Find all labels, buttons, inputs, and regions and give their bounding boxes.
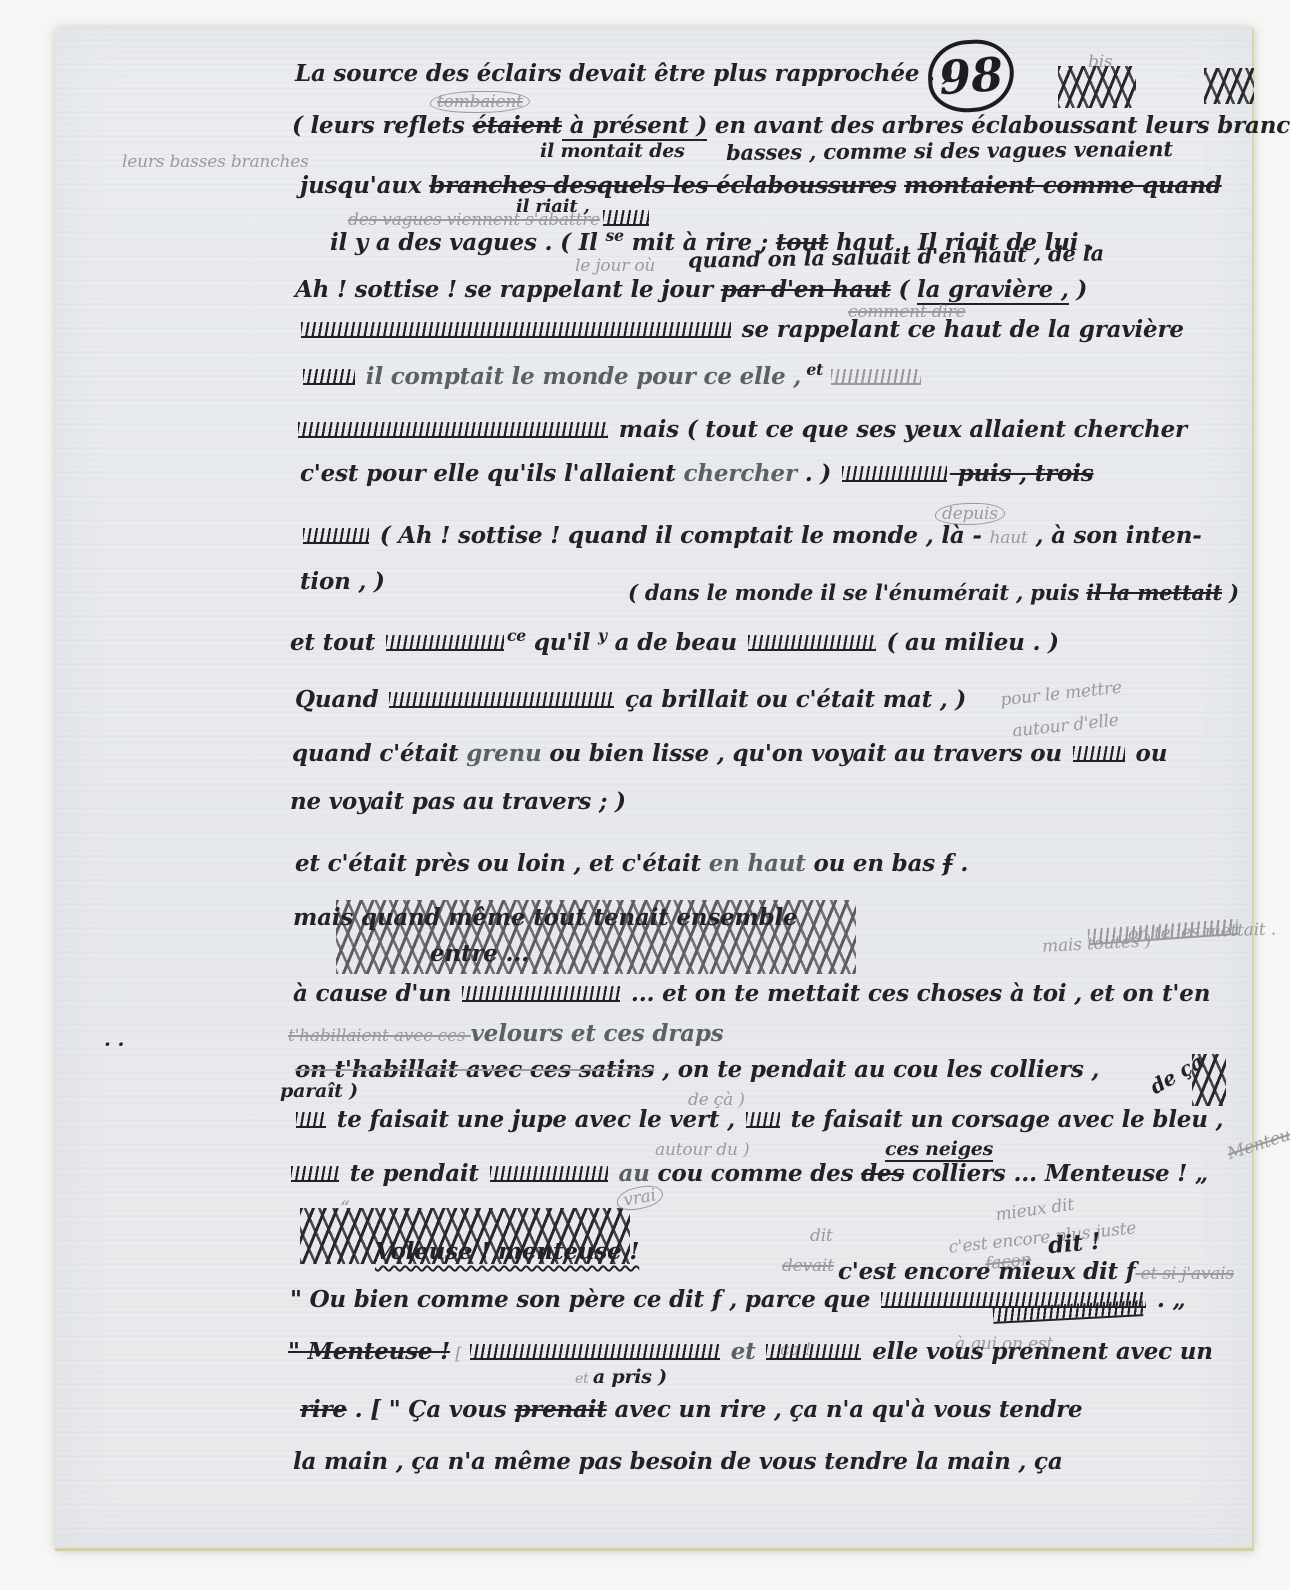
text-segment: ,	[719, 1106, 742, 1133]
text-segment: a de beau	[607, 629, 745, 656]
manuscript-line: se rappelant ce haut de la gravière	[298, 318, 1184, 342]
manuscript-line: t'habillaient avec ces velours et ces dr…	[288, 1022, 723, 1046]
text-segment: basses , comme si des vagues venaient	[726, 136, 1173, 165]
manuscript-line: c'est pour elle qu'ils l'allaient cherch…	[300, 462, 1094, 486]
text-segment: chercher	[684, 460, 797, 487]
manuscript-line: tombaient	[430, 88, 530, 112]
manuscript-line: et tout ce qu'il y a de beau ( au milieu…	[290, 628, 1059, 655]
text-segment: à cause d'un	[293, 980, 459, 1007]
manuscript-line: on te les mettait .	[1128, 915, 1277, 944]
text-segment: mais ( tout ce que ses yeux allaient che…	[611, 416, 1187, 443]
manuscript-line: paraît )	[280, 1082, 358, 1102]
text-segment	[896, 172, 904, 199]
text-segment: tombaient	[430, 91, 530, 113]
text-segment: )	[1222, 580, 1239, 605]
manuscript-line: ( Ah ! sottise ! quand il comptait le mo…	[300, 524, 1202, 548]
text-segment: · ·	[104, 1032, 124, 1056]
scribbled-out-text	[291, 1166, 339, 1182]
text-segment: il riait ,	[516, 196, 590, 217]
text-segment: ces neiges	[885, 1138, 993, 1162]
text-segment: Voleuse ! menteuse !	[375, 1238, 639, 1265]
scribbled-out-text	[301, 322, 731, 338]
manuscript-line: ( leurs reflets étaient à présent ) en a…	[292, 114, 1290, 138]
manuscript-line: leurs basses branches	[122, 148, 309, 172]
manuscript-line: La source des éclairs devait être plus r…	[295, 62, 953, 86]
text-segment: en avant des arbres éclaboussant leurs b…	[707, 112, 1290, 139]
manuscript-line	[1058, 66, 1136, 108]
text-segment: haut	[990, 528, 1028, 548]
text-segment: f	[943, 850, 953, 877]
scribbled-out-text	[386, 635, 504, 651]
text-segment: et tout	[290, 629, 383, 656]
scribbled-out-text	[303, 528, 369, 544]
manuscript-line: jusqu'aux branches desquels les éclabous…	[300, 174, 1222, 198]
manuscript-line: on t'habillait avec ces satins , on te p…	[295, 1058, 1099, 1082]
text-segment: branches desquels les éclaboussures	[429, 172, 896, 199]
text-segment: rire	[300, 1396, 347, 1423]
manuscript-scan: 98 bisLa source des éclairs devait être …	[0, 0, 1290, 1590]
text-segment: cou comme des	[658, 1160, 862, 1187]
scribbled-out-text	[1192, 1054, 1226, 1106]
scribbled-out-text	[842, 466, 947, 482]
text-segment: on t'habillait avec ces satins	[295, 1056, 654, 1083]
text-segment: et	[723, 1338, 763, 1365]
manuscript-line: ( dans le monde il se l'énumérait , puis…	[628, 582, 1239, 604]
text-segment: des	[861, 1160, 904, 1187]
manuscript-line: rire . [ " Ça vous prenait avec un rire …	[300, 1398, 1083, 1422]
manuscript-line: il comptait le monde pour ce elle , et	[300, 362, 924, 389]
text-segment: te pendait	[342, 1160, 487, 1187]
manuscript-line: " Menteuse ! [ et elle vous prennent ave…	[288, 1340, 1213, 1364]
text-segment: haut de la gravière	[936, 316, 1184, 343]
manuscript-line: ces neiges	[885, 1140, 993, 1160]
manuscript-line: entre ...	[430, 942, 529, 966]
text-segment: ,	[1208, 1106, 1224, 1133]
text-segment: , on te pendait au cou les colliers ,	[654, 1056, 1099, 1083]
text-segment: tion , )	[300, 568, 385, 595]
text-segment: .	[953, 850, 969, 877]
manuscript-line: à cause d'un ... et on te mettait ces ch…	[293, 982, 1210, 1006]
text-segment: ne voyait pas au travers ; )	[290, 788, 626, 815]
text-segment: quand c'était	[292, 740, 466, 767]
scribbled-out-text	[993, 1300, 1144, 1324]
scribbled-out-text	[603, 210, 649, 226]
text-segment: et si j'avais	[1135, 1264, 1234, 1284]
scribbled-out-text	[298, 422, 608, 438]
text-segment: paraît )	[280, 1080, 358, 1102]
text-segment: ou en bas	[806, 850, 943, 877]
manuscript-line: ne voyait pas au travers ; )	[290, 790, 626, 814]
scribbled-out-text	[462, 986, 620, 1002]
manuscript-line: dit	[810, 1222, 833, 1246]
text-segment: velours et ces draps	[471, 1020, 724, 1047]
manuscript-line: c'est encore mieux dit f et si j'avais	[838, 1260, 1234, 1284]
text-segment: et	[575, 1371, 593, 1387]
text-segment: colliers ... Menteuse ! „	[904, 1160, 1208, 1187]
text-segment: leurs basses branches	[122, 152, 309, 172]
text-segment: ou	[1128, 740, 1167, 767]
manuscript-line: quand c'était grenu ou bien lisse , qu'o…	[292, 742, 1167, 766]
scribbled-out-text	[1058, 66, 1136, 108]
text-segment: la main , ça n'a même pas besoin de vous…	[293, 1448, 1063, 1475]
text-segment: ( dans le monde il se l'énumérait , puis	[628, 580, 1086, 605]
text-segment: te faisait un corsage avec le	[783, 1106, 1153, 1133]
text-segment: . )	[797, 460, 839, 487]
text-segment: y	[598, 626, 607, 645]
text-segment: Quand	[295, 686, 386, 713]
text-segment: ce	[507, 626, 526, 645]
text-segment: et	[801, 360, 828, 379]
text-segment: entre ...	[430, 940, 529, 967]
text-segment: devait	[782, 1256, 834, 1276]
text-segment: La source des éclairs devait être plus r…	[295, 60, 953, 87]
text-segment: et c'était près ou loin , et c'était	[295, 850, 709, 877]
text-segment: prenait	[514, 1396, 606, 1423]
text-segment: ( leurs reflets	[292, 112, 472, 139]
manuscript-line: il riait ,	[516, 198, 590, 217]
manuscript-line: depuis	[935, 500, 1005, 524]
manuscript-line	[1192, 1054, 1226, 1106]
text-segment: a pris )	[593, 1366, 667, 1388]
text-segment: à présent )	[562, 112, 707, 141]
text-segment: " Ou bien comme son père ce dit f , parc…	[290, 1286, 878, 1313]
scribbled-out-text	[389, 692, 614, 708]
scribbled-out-text	[296, 1112, 326, 1128]
text-segment: le jour où	[575, 256, 655, 276]
text-segment: [	[450, 1344, 467, 1364]
manuscript-line: tion , )	[300, 570, 385, 594]
text-segment: dit	[810, 1226, 833, 1246]
manuscript-line: “	[340, 1194, 350, 1221]
text-segment: puis , trois	[950, 460, 1094, 487]
text-segment: il comptait le monde pour ce elle ,	[358, 363, 801, 390]
text-segment: c'est encore mieux dit f	[838, 1258, 1135, 1285]
manuscript-line	[1204, 68, 1254, 104]
text-segment: " Menteuse !	[288, 1338, 450, 1365]
manuscript-line: dit !	[1047, 1230, 1101, 1259]
text-segment: il la mettait	[1086, 580, 1222, 605]
scribbled-out-text	[831, 369, 921, 385]
manuscript-line: te pendait au cou comme des des colliers…	[288, 1162, 1208, 1186]
text-segment: ( au milieu . )	[879, 629, 1059, 656]
text-segment: en haut	[709, 850, 806, 877]
text-segment: avec un rire , ça n'a qu'à vous tendre	[607, 1396, 1083, 1423]
manuscript-line: Quand ça brillait ou c'était mat , )	[295, 688, 966, 712]
text-segment: on te les mettait .	[1128, 919, 1277, 944]
manuscript-line: devait	[782, 1252, 834, 1276]
text-segment: , à son inten-	[1028, 522, 1202, 549]
text-segment: Ah ! sottise ! se rappelant le jour	[295, 276, 721, 303]
text-segment: “	[340, 1197, 350, 1220]
text-segment: bleu	[1152, 1106, 1207, 1133]
scribbled-out-text	[490, 1166, 608, 1182]
text-segment: ou bien lisse , qu'on voyait au travers …	[542, 740, 1070, 767]
manuscript-line: et a pris )	[575, 1368, 667, 1388]
text-segment: vert	[669, 1106, 719, 1133]
manuscript-line: te faisait une jupe avec le vert , te fa…	[293, 1108, 1223, 1132]
text-segment: ( Ah ! sottise ! quand il comptait le mo…	[372, 522, 990, 549]
text-segment: . [ " Ça vous	[347, 1396, 515, 1423]
text-segment: te faisait une jupe avec le	[329, 1106, 669, 1133]
manuscript-line: basses , comme si des vagues venaient	[726, 138, 1173, 164]
text-segment: jusqu'aux	[300, 172, 429, 199]
scribbled-out-text	[766, 1344, 861, 1360]
text-segment: grenu	[466, 740, 541, 767]
text-segment: montaient comme quand	[904, 172, 1222, 199]
text-segment: )	[1069, 276, 1088, 303]
manuscript-line: le jour où	[575, 252, 655, 276]
text-segment: c'est pour elle qu'ils l'allaient	[300, 460, 684, 487]
scribbled-out-text	[470, 1344, 720, 1360]
text-segment: étaient	[472, 112, 561, 139]
scribbled-out-text	[748, 635, 876, 651]
text-segment: ce	[908, 316, 936, 343]
text-segment: . „	[1149, 1286, 1185, 1313]
manuscript-line: autour du )	[655, 1136, 749, 1160]
text-segment: il montait des	[540, 140, 685, 162]
manuscript-line: et c'était près ou loin , et c'était en …	[295, 852, 968, 876]
scribbled-out-text	[746, 1112, 780, 1128]
text-segment: dit !	[1047, 1228, 1102, 1259]
manuscript-line: · ·	[104, 1034, 124, 1055]
text-segment: il y a des vagues . ( Il	[330, 229, 606, 256]
text-segment: autour du )	[655, 1140, 749, 1160]
manuscript-line: la main , ça n'a même pas besoin de vous…	[293, 1450, 1063, 1474]
manuscript-line: il montait des	[540, 142, 685, 162]
manuscript-line: mais ( tout ce que ses yeux allaient che…	[295, 418, 1187, 442]
text-segment: se	[606, 226, 624, 245]
text-segment: ça brillait ou c'était mat , )	[617, 686, 966, 713]
text-segment: t'habillaient avec ces	[288, 1026, 471, 1046]
manuscript-line: Ah ! sottise ! se rappelant le jour par …	[295, 278, 1087, 302]
scribbled-out-text	[303, 369, 355, 385]
scribbled-out-text	[1073, 746, 1125, 762]
manuscript-line: Voleuse ! menteuse !	[375, 1240, 639, 1264]
text-segment: ... et on te mettait ces choses à toi , …	[623, 980, 1210, 1007]
text-segment: qu'il	[526, 629, 598, 656]
text-segment: elle vous prennent avec un	[864, 1338, 1212, 1365]
scribbled-out-text	[336, 900, 856, 974]
manuscript-line	[336, 900, 856, 974]
scribbled-out-text	[1204, 68, 1254, 104]
text-segment: se rappelant	[734, 316, 908, 343]
